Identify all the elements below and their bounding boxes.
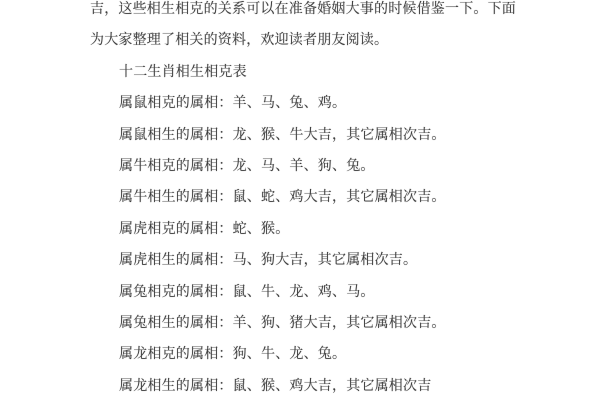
article-page: 吉，这些相生相克的关系可以在准备婚姻大事的时候借鉴一下。下面 为大家整理了相关的…	[0, 0, 600, 400]
entry-ox-harmony: 属牛相生的属相：鼠、蛇、鸡大吉，其它属相次吉。	[0, 182, 600, 213]
article-text-block: 吉，这些相生相克的关系可以在准备婚姻大事的时候借鉴一下。下面 为大家整理了相关的…	[0, 0, 600, 400]
intro-line-2: 为大家整理了相关的资料，欢迎读者朋友阅读。	[0, 25, 600, 56]
entry-dragon-conflict: 属龙相克的属相：狗、牛、龙、兔。	[0, 339, 600, 370]
intro-line-1: 吉，这些相生相克的关系可以在准备婚姻大事的时候借鉴一下。下面	[0, 0, 600, 25]
entry-tiger-conflict: 属虎相克的属相：蛇、猴。	[0, 214, 600, 245]
entry-rat-conflict: 属鼠相克的属相：羊、马、兔、鸡。	[0, 88, 600, 119]
entry-rat-harmony: 属鼠相生的属相：龙、猴、牛大吉，其它属相次吉。	[0, 120, 600, 151]
entry-tiger-harmony: 属虎相生的属相：马、狗大吉，其它属相次吉。	[0, 245, 600, 276]
entry-rabbit-harmony: 属兔相生的属相：羊、狗、猪大吉，其它属相次吉。	[0, 308, 600, 339]
zodiac-table-title: 十二生肖相生相克表	[0, 57, 600, 88]
entry-rabbit-conflict: 属兔相克的属相：鼠、牛、龙、鸡、马。	[0, 277, 600, 308]
entry-ox-conflict: 属牛相克的属相：龙、马、羊、狗、兔。	[0, 151, 600, 182]
entry-dragon-harmony: 属龙相生的属相：鼠、猴、鸡大吉，其它属相次吉	[0, 371, 600, 400]
